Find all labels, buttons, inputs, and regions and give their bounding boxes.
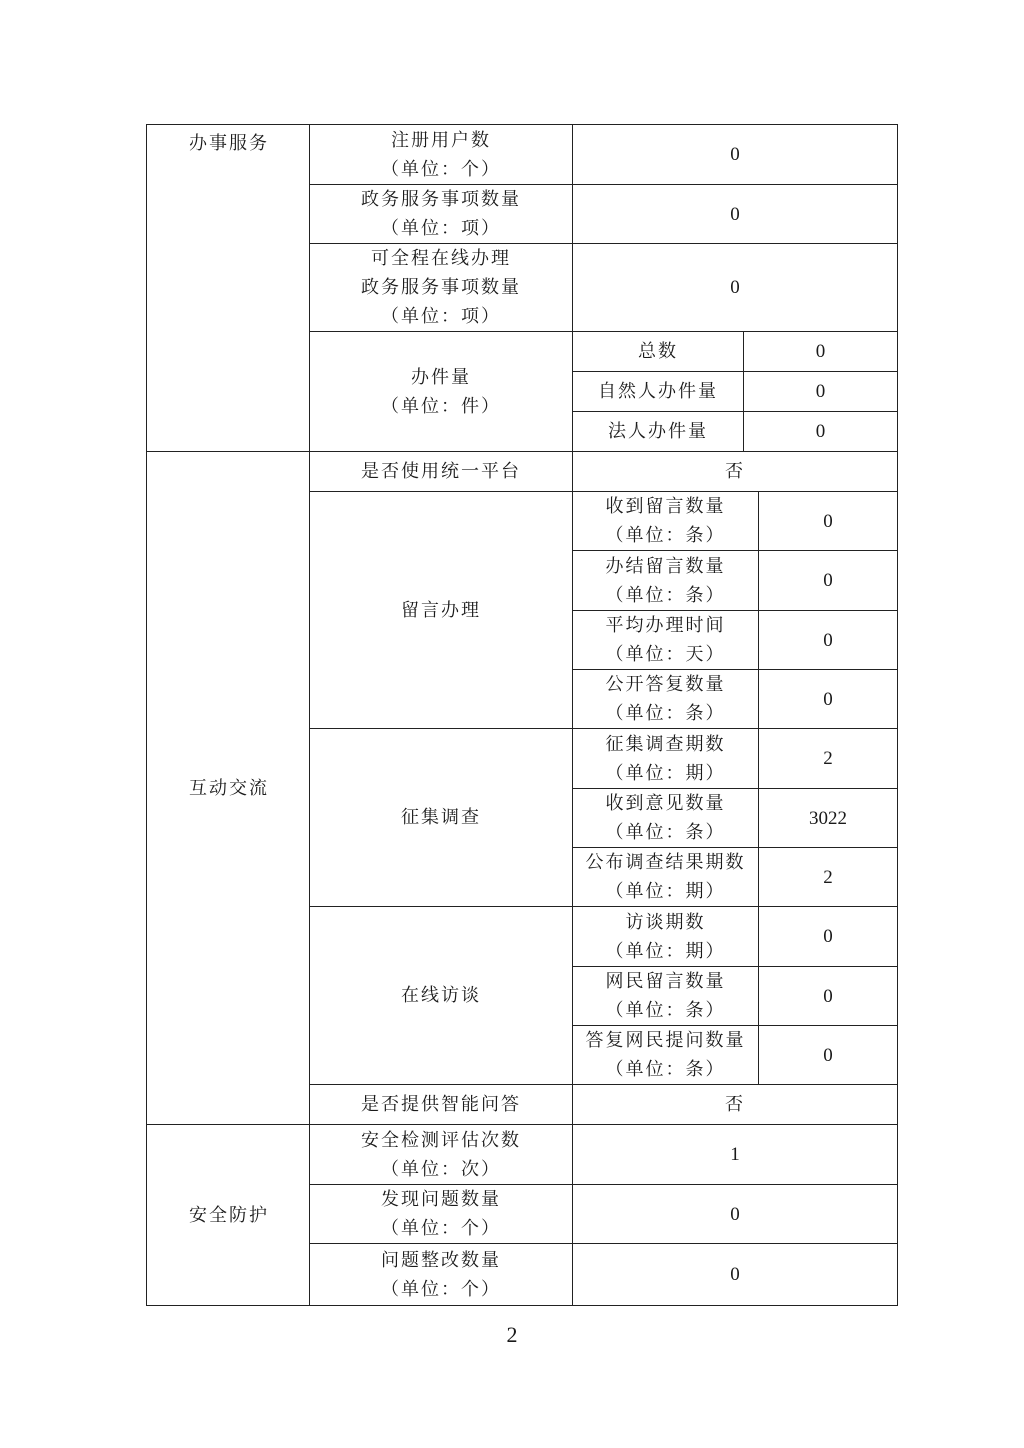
smart-qa-label: 是否提供智能问答: [309, 1084, 573, 1125]
unified-platform-value: 否: [572, 451, 898, 492]
label-line: 发现问题数量: [381, 1185, 501, 1214]
unit-line: （单位：件）: [381, 392, 501, 421]
survey-results-published-label: 公布调查结果期数 （单位：期）: [572, 847, 759, 907]
label-line: 是否使用统一平台: [361, 457, 521, 486]
netizen-messages-label: 网民留言数量 （单位：条）: [572, 966, 759, 1026]
survey-periods-label: 征集调查期数 （单位：期）: [572, 728, 759, 789]
cases-label: 办件量 （单位：件）: [309, 331, 573, 452]
section-security-label: 安全防护: [146, 1124, 310, 1306]
registered-users-value: 0: [572, 124, 898, 185]
label-line: 收到留言数量: [606, 492, 726, 521]
messages-received-value: 0: [758, 491, 898, 551]
survey-group-label: 征集调查: [309, 728, 573, 907]
page-number: 2: [0, 1322, 1024, 1348]
value-text: 0: [823, 566, 833, 595]
messages-completed-value: 0: [758, 550, 898, 611]
survey-periods-value: 2: [758, 728, 898, 789]
netizen-questions-answered-label: 答复网民提问数量 （单位：条）: [572, 1025, 759, 1085]
value-text: 0: [730, 200, 740, 229]
avg-handling-time-value: 0: [758, 610, 898, 670]
value-text: 0: [823, 685, 833, 714]
cases-natural-person-label: 自然人办件量: [572, 371, 744, 412]
value-text: 2: [823, 863, 833, 892]
value-text: 0: [730, 1260, 740, 1289]
unified-platform-label: 是否使用统一平台: [309, 451, 573, 492]
label-line: 法人办件量: [608, 417, 708, 446]
label-line: 网民留言数量: [606, 967, 726, 996]
label-line: 政务服务事项数量: [361, 185, 521, 214]
value-text: 0: [823, 626, 833, 655]
section-service-label: 办事服务: [146, 124, 310, 452]
label-line: 总数: [638, 337, 678, 366]
value-text: 0: [816, 417, 826, 446]
label-line: 平均办理时间: [606, 611, 726, 640]
unit-line: （单位：个）: [381, 1275, 501, 1304]
label-line: 公布调查结果期数: [586, 848, 746, 877]
unit-line: （单位：条）: [606, 699, 726, 728]
security-assessments-label: 安全检测评估次数 （单位：次）: [309, 1124, 573, 1185]
cases-natural-person-value: 0: [743, 371, 898, 412]
unit-line: （单位：条）: [606, 818, 726, 847]
label-line: 问题整改数量: [381, 1246, 501, 1275]
section-label-text: 办事服务: [189, 129, 269, 158]
unit-line: （单位：次）: [381, 1155, 501, 1184]
unit-line: （单位：期）: [606, 759, 726, 788]
issues-found-label: 发现问题数量 （单位：个）: [309, 1184, 573, 1244]
label-line: 在线访谈: [401, 981, 481, 1010]
cases-total-value: 0: [743, 331, 898, 372]
netizen-messages-value: 0: [758, 966, 898, 1026]
unit-line: （单位：个）: [381, 1214, 501, 1243]
security-assessments-value: 1: [572, 1124, 898, 1185]
service-items-label: 政务服务事项数量 （单位：项）: [309, 184, 573, 244]
service-items-value: 0: [572, 184, 898, 244]
label-line: 办件量: [411, 363, 471, 392]
netizen-questions-answered-value: 0: [758, 1025, 898, 1085]
label-line: 留言办理: [401, 596, 481, 625]
online-service-items-label: 可全程在线办理 政务服务事项数量 （单位：项）: [309, 243, 573, 332]
value-text: 2: [823, 744, 833, 773]
label-line: 注册用户数: [391, 126, 491, 155]
value-text: 0: [730, 1200, 740, 1229]
messages-group-label: 留言办理: [309, 491, 573, 729]
section-label-text: 安全防护: [189, 1201, 269, 1230]
smart-qa-value: 否: [572, 1084, 898, 1125]
value-text: 否: [725, 1090, 745, 1119]
unit-line: （单位：期）: [606, 937, 726, 966]
label-line: 访谈期数: [626, 908, 706, 937]
unit-line: （单位：条）: [606, 1055, 726, 1084]
label-line: 办结留言数量: [606, 552, 726, 581]
survey-results-published-value: 2: [758, 847, 898, 907]
value-text: 0: [823, 922, 833, 951]
label-line: 是否提供智能问答: [361, 1090, 521, 1119]
label-line: 征集调查: [401, 803, 481, 832]
interview-group-label: 在线访谈: [309, 906, 573, 1085]
section-interaction-label: 互动交流: [146, 451, 310, 1125]
label-line: 收到意见数量: [606, 789, 726, 818]
label-line: 可全程在线办理: [371, 244, 511, 273]
public-replies-label: 公开答复数量 （单位：条）: [572, 669, 759, 729]
issues-fixed-value: 0: [572, 1243, 898, 1306]
public-replies-value: 0: [758, 669, 898, 729]
unit-line: （单位：天）: [606, 640, 726, 669]
value-text: 3022: [809, 804, 847, 833]
cases-total-label: 总数: [572, 331, 744, 372]
label-line: 政务服务事项数量: [361, 273, 521, 302]
unit-line: （单位：项）: [381, 302, 501, 331]
unit-line: （单位：条）: [606, 581, 726, 610]
online-service-items-value: 0: [572, 243, 898, 332]
label-line: 征集调查期数: [606, 730, 726, 759]
issues-found-value: 0: [572, 1184, 898, 1244]
value-text: 否: [725, 457, 745, 486]
value-text: 0: [823, 507, 833, 536]
messages-received-label: 收到留言数量 （单位：条）: [572, 491, 759, 551]
label-line: 安全检测评估次数: [361, 1126, 521, 1155]
value-text: 0: [816, 337, 826, 366]
interview-periods-label: 访谈期数 （单位：期）: [572, 906, 759, 967]
cases-legal-person-label: 法人办件量: [572, 411, 744, 452]
label-line: 公开答复数量: [606, 670, 726, 699]
interview-periods-value: 0: [758, 906, 898, 967]
label-line: 自然人办件量: [598, 377, 718, 406]
unit-line: （单位：条）: [606, 996, 726, 1025]
value-text: 0: [823, 1041, 833, 1070]
value-text: 0: [823, 982, 833, 1011]
section-label-text: 互动交流: [189, 774, 269, 803]
value-text: 1: [730, 1140, 740, 1169]
unit-line: （单位：条）: [606, 521, 726, 550]
label-line: 答复网民提问数量: [586, 1026, 746, 1055]
registered-users-label: 注册用户数 （单位：个）: [309, 124, 573, 185]
opinions-received-value: 3022: [758, 788, 898, 848]
unit-line: （单位：项）: [381, 214, 501, 243]
avg-handling-time-label: 平均办理时间 （单位：天）: [572, 610, 759, 670]
cases-legal-person-value: 0: [743, 411, 898, 452]
value-text: 0: [816, 377, 826, 406]
opinions-received-label: 收到意见数量 （单位：条）: [572, 788, 759, 848]
value-text: 0: [730, 273, 740, 302]
value-text: 0: [730, 140, 740, 169]
unit-line: （单位：期）: [606, 877, 726, 906]
unit-line: （单位：个）: [381, 155, 501, 184]
issues-fixed-label: 问题整改数量 （单位：个）: [309, 1243, 573, 1306]
messages-completed-label: 办结留言数量 （单位：条）: [572, 550, 759, 611]
